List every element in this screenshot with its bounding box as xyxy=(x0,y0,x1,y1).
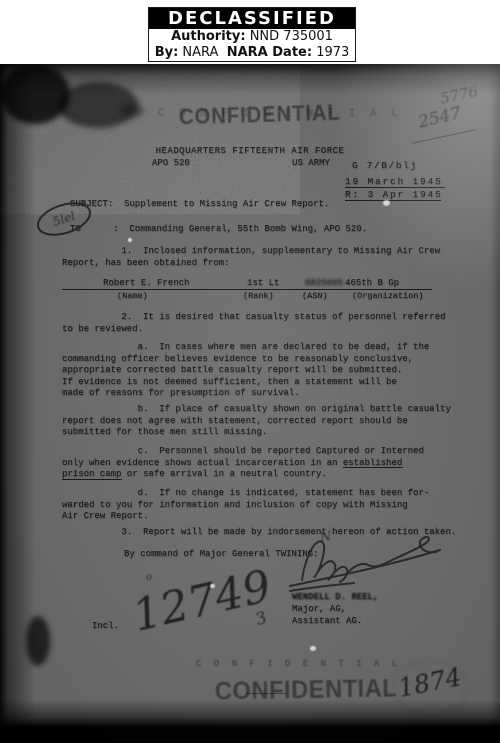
scan-speck-3 xyxy=(210,584,215,588)
subject-line: SUBJECT: Supplement to Missing Air Crew … xyxy=(70,199,329,211)
date-sent-underline xyxy=(345,187,445,188)
asn-label: (ASN) xyxy=(302,291,328,301)
scan-blotch-top-left xyxy=(58,82,138,128)
nara-date-value: 1973 xyxy=(316,45,349,60)
scanned-document-page: DECLASSIFIED Authority: NND 735001 By: N… xyxy=(0,0,500,743)
confidential-stamp-top: CONFIDENTIAL xyxy=(179,100,341,131)
scan-blotch-bottom-left xyxy=(26,616,50,666)
inclosure-note: Incl. xyxy=(92,621,119,631)
authority-label: Authority: xyxy=(171,29,245,44)
grain-overlay xyxy=(0,64,300,214)
signer-rank: Major, AG, xyxy=(292,604,346,614)
paragraph-c: c. Personnel should be reported Captured… xyxy=(62,446,424,481)
letterhead-army: US ARMY xyxy=(292,158,330,168)
by-value: NARA xyxy=(182,45,218,60)
scan-corner-blotch xyxy=(0,64,70,124)
date-received-underline xyxy=(345,200,441,201)
date-received: R: 3 Apr 1945 xyxy=(345,189,443,200)
organization-value: 465th B Gp xyxy=(345,278,399,288)
signature-scrawl xyxy=(288,530,450,594)
confidential-stamp-bottom: CONFIDENTIAL xyxy=(215,674,398,706)
name-value: Robert E. French xyxy=(103,278,189,288)
letterhead-apo: APO 520 xyxy=(152,158,190,168)
letterhead-line: HEADQUARTERS FIFTEENTH AIR FORCE xyxy=(115,146,385,156)
scan-blotch-small xyxy=(120,104,144,118)
underline-prison-camp xyxy=(62,479,122,480)
paragraph-d: d. If no change is indicated, statement … xyxy=(62,488,429,523)
name-label: (Name) xyxy=(117,291,148,301)
by-label: By: xyxy=(155,45,179,60)
scan-speck-4 xyxy=(310,646,316,651)
document-scan: C O N F I D E N T I A L CONFIDENTIAL HEA… xyxy=(0,64,500,743)
paragraph-b: b. If place of casualty shown on origina… xyxy=(62,404,451,439)
rank-label: (Rank) xyxy=(243,291,274,301)
declassified-banner: DECLASSIFIED Authority: NND 735001 By: N… xyxy=(148,7,356,62)
handwritten-5776: 5776 xyxy=(439,82,480,108)
routing-circle-text: 5lel xyxy=(51,209,77,229)
handwritten-2547: 2547 xyxy=(416,103,463,132)
by-line: By: NARA NARA Date: 1973 xyxy=(149,45,355,61)
signer-name: WENDELL D. REEL, xyxy=(292,592,378,602)
confidential-typed-bottom: C O N F I D E N T I A L xyxy=(196,659,401,669)
nara-date-label: NARA Date: xyxy=(227,45,312,60)
paragraph-a: a. In cases where men are declared to be… xyxy=(62,342,429,400)
handwritten-o-mark: o xyxy=(146,572,152,583)
stamp-strike-line xyxy=(246,693,286,694)
to-line: TO : Commanding General, 55th Bomb Wing,… xyxy=(70,224,367,236)
signer-title: Assistant AG. xyxy=(292,616,362,626)
organization-label: (Organization) xyxy=(352,291,423,301)
authority-line: Authority: NND 735001 xyxy=(149,29,355,45)
rank-value: 1st Lt xyxy=(247,278,279,288)
date-sent: 19 March 1945 xyxy=(345,176,443,187)
scan-speck-1 xyxy=(383,200,390,206)
authority-value: NND 735001 xyxy=(250,29,333,44)
paragraph-2: 2. It is desired that casualty status of… xyxy=(62,312,445,335)
underline-established xyxy=(343,467,403,468)
asn-value: 0825605 xyxy=(305,278,343,288)
declassified-title: DECLASSIFIED xyxy=(149,8,355,29)
paragraph-1: 1. Inclosed information, supplementary t… xyxy=(62,246,440,269)
scan-speck-2 xyxy=(128,238,132,242)
reference-number: G 7/B/blj xyxy=(352,160,418,171)
